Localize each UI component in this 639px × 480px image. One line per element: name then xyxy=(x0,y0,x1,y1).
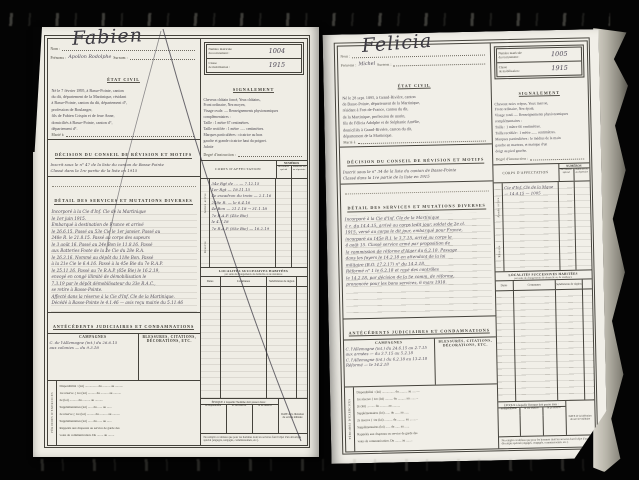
degre-ruled-line xyxy=(238,152,301,157)
subdivision-column xyxy=(266,287,296,399)
epoque-table: ÉPOQUE à laquelle l'homme doit passer da… xyxy=(201,398,307,433)
register-page-left-fabien: Fabien Nom : Prénoms : Apollon Rodolphe … xyxy=(33,27,319,457)
form-right-column: Numéro matricule du recrutement : 1005 C… xyxy=(490,41,594,448)
antecedents-section: ANTÉCÉDENTS JUDICIAIRES ET CONDAMNATIONS xyxy=(48,312,200,333)
deuxieme-reserve-column-header: la 2e réserve xyxy=(252,405,278,413)
registrant-name-script: Fabien xyxy=(71,24,143,50)
etat-civil-text: Né le 28 sept. 1895, à Grand-Rivière, ca… xyxy=(338,91,491,140)
services-section: DÉTAIL DES SERVICES ET MUTATIONS DIVERSE… xyxy=(340,192,495,318)
campagnes-entries: C. de l'Allemagne (int.) du 26.6.15 aux … xyxy=(50,340,137,351)
decision-title: DÉCISION DU CONSEIL DE RÉVISION ET MOTIF… xyxy=(347,157,484,166)
prenoms-label: Prénoms : xyxy=(51,56,67,60)
epoque-footnote: Ne remplir ce tableau que pour les homme… xyxy=(201,433,307,444)
register-page-right-felicia: Felicia Nom : Prénoms : Michel Surnom : … xyxy=(323,29,608,464)
campagnes-title: CAMPAGNES xyxy=(50,335,137,339)
localites-title-block: LOCALITÉS SUCCESSIVES HABITÉES par suite… xyxy=(201,268,307,276)
dates-column-header: Dates xyxy=(495,281,512,290)
disponibilite-column-header: la disponibilité xyxy=(201,405,226,413)
campagnes-table: CAMPAGNES C. de l'Allemagne (int.) du 26… xyxy=(48,333,200,380)
armee-active-label: Armée active xyxy=(203,193,207,213)
localites-table: LOCALITÉS SUCCESSIVES HABITÉES par suite… xyxy=(201,267,307,399)
corps-affectation-table: CORPS D'AFFECTATION NUMÉROS du contrôle … xyxy=(493,162,591,271)
corps-table-header: CORPS D'AFFECTATION NUMÉROS du contrôle … xyxy=(201,161,307,179)
periodes-side: PÉRIODES D'EXERCICES xyxy=(48,381,57,445)
marie-ruled-line xyxy=(66,132,194,137)
prenoms-line: Prénoms : Apollon Rodolphe Surnom : xyxy=(51,55,197,60)
degre-ruled-line xyxy=(530,154,584,160)
subdivision-column xyxy=(555,289,584,400)
subdivision-column-header: Subdivision de région xyxy=(266,277,296,286)
numeros-header: NUMÉROS du contrôle spécial matricule ou… xyxy=(276,161,307,178)
numeros-sub1: du contrôle spécial xyxy=(559,168,574,180)
periodes-vertical-label: PÉRIODES D'EXERCICES xyxy=(50,392,54,433)
nom-label: Nom : xyxy=(340,54,350,58)
localites-table-body xyxy=(201,287,307,399)
matricule-label-2: du recrutement : xyxy=(209,51,230,55)
matricule-label-2: du recrutement : xyxy=(499,55,520,59)
blessures-title: BLESSURES, CITATIONS, DÉCORATIONS, ETC. xyxy=(437,338,494,347)
decision-line-2: Classé dans la 1re partie de la liste en… xyxy=(51,168,197,174)
scan-dust-bottom xyxy=(28,459,598,471)
numeros-subheaders: du contrôle spécial matricule ou au répe… xyxy=(277,166,307,178)
matricule-row: Numéro matricule du recrutement : 1004 xyxy=(207,45,301,58)
disponibilite-cell xyxy=(498,416,520,436)
subdivision-column-header: Subdivision de région xyxy=(555,279,582,289)
matricule-label: Numéro matricule du recrutement : xyxy=(209,47,256,55)
matricule-box: Numéro matricule du recrutement : 1004 C… xyxy=(204,42,304,75)
classe-value: 1915 xyxy=(255,61,298,69)
signalement-text: Cheveux châtain foncé, Yeux châtains, Fr… xyxy=(201,97,307,151)
classe-value: 1915 xyxy=(540,64,579,73)
scan-dust-top xyxy=(0,13,610,26)
degre-instruction-line: Degré d'instruction : xyxy=(201,151,307,160)
services-title: DÉTAIL DES SERVICES ET MUTATIONS DIVERSE… xyxy=(54,198,192,205)
disponibilite-cell xyxy=(201,413,226,433)
epoque-main: ÉPOQUE à laquelle l'homme doit passer da… xyxy=(498,401,566,436)
communes-column xyxy=(220,287,267,399)
classe-label-2: de mobilisation : xyxy=(499,69,521,73)
decision-title: DÉCISION DU CONSEIL DE RÉVISION ET MOTIF… xyxy=(55,152,192,159)
corps-table-body: Armée active Réserve 34e Rgt de … — 7.12… xyxy=(201,179,307,267)
deuxieme-reserve-cell xyxy=(252,413,278,433)
marie-label: Marié à xyxy=(343,141,355,145)
localites-table: LOCALITÉS SUCCESSIVES HABITÉES par suite… xyxy=(495,269,594,402)
periodes-exercices-box: PÉRIODES D'EXERCICES Disponibilité : (lo… xyxy=(344,383,497,451)
premiere-reserve-cell xyxy=(226,413,252,433)
form-inner-border: Fabien Nom : Prénoms : Apollon Rodolphe … xyxy=(47,38,308,446)
corps-entries: Cie d'Inf. Cle de la Mque — 14.4.15 — 10… xyxy=(502,182,559,271)
identity-header: Fabien Nom : Prénoms : Apollon Rodolphe … xyxy=(48,39,200,66)
numeros-sub2: matricule ou au répertoire xyxy=(573,168,589,180)
armee-active-label: Armée active xyxy=(495,197,499,217)
reserves-rows: Disponibilité : (loi) ................ d… xyxy=(57,381,200,445)
corps-title: CORPS D'AFFECTATION xyxy=(201,161,276,178)
narrow-column-header xyxy=(582,279,592,288)
epoque-table: ÉPOQUE à laquelle l'homme doit passer da… xyxy=(498,400,595,437)
services-title: DÉTAIL DES SERVICES ET MUTATIONS DIVERSE… xyxy=(347,203,485,212)
classe-label-2: de mobilisation : xyxy=(209,65,230,69)
periodes-vertical-label: PÉRIODES D'EXERCICES xyxy=(347,398,352,439)
marie-label: Marié à xyxy=(52,133,64,137)
form-left-column: Fabien Nom : Prénoms : Apollon Rodolphe … xyxy=(48,39,201,445)
reserve-label: Réserve xyxy=(496,245,500,257)
epoque-body-row xyxy=(498,415,565,436)
deuxieme-reserve-cell xyxy=(542,415,565,435)
prenoms-label: Prénoms : xyxy=(341,63,357,67)
localites-column-headers: Dates Communes Subdivision de région xyxy=(201,276,307,287)
narrow-column xyxy=(296,287,307,399)
marie-line: Marié à xyxy=(48,132,200,139)
blank-ruled-line xyxy=(52,177,196,187)
form-border: Fabien Nom : Prénoms : Apollon Rodolphe … xyxy=(44,35,310,448)
dates-column xyxy=(201,287,220,399)
signalement-section: SIGNALEMENT xyxy=(201,76,307,97)
form-border: Felicia Nom : Prénoms : Michel Surnom : … xyxy=(334,37,599,454)
matricule-repertoire-column xyxy=(573,181,591,269)
form-left-column: Felicia Nom : Prénoms : Michel Surnom : … xyxy=(337,43,498,451)
decision-conseil-section: DÉCISION DU CONSEIL DE RÉVISION ET MOTIF… xyxy=(48,139,200,177)
narrow-column-header xyxy=(296,277,307,286)
corps-table-header: CORPS D'AFFECTATION NUMÉROS du contrôle … xyxy=(493,163,589,183)
dates-column-header: Dates xyxy=(201,277,220,286)
matricule-value: 1004 xyxy=(255,47,298,55)
etat-civil-section: ÉTAT CIVIL xyxy=(48,66,200,87)
signalement-title: SIGNALEMENT xyxy=(519,89,560,96)
signalement-text: Cheveux noirs crépus, Yeux marron, Front… xyxy=(491,99,588,155)
controle-special-column xyxy=(557,181,575,269)
corps-title: CORPS D'AFFECTATION xyxy=(493,164,558,182)
identity-header: Felicia Nom : Prénoms : Michel Surnom : xyxy=(337,43,490,73)
prenoms-value: Michel xyxy=(358,61,375,66)
surnom-label: Surnom : xyxy=(113,56,127,60)
reserve-label: Réserve xyxy=(203,241,207,253)
campagnes-entries: C. l'Allemagne (int.) du 24.6.15 au 2.7.… xyxy=(346,344,433,368)
premiere-reserve-cell xyxy=(520,416,543,436)
services-section: DÉTAIL DES SERVICES ET MUTATIONS DIVERSE… xyxy=(48,187,200,311)
surnom-label: Surnom : xyxy=(377,62,392,66)
localites-table-body xyxy=(495,289,593,402)
form-inner-border: Felicia Nom : Prénoms : Michel Surnom : … xyxy=(336,40,595,452)
numeros-header: NUMÉROS du contrôle spécial matricule ou… xyxy=(558,163,589,181)
classe-label: Classe de mobilisation : xyxy=(499,64,541,73)
reserves-rows: Disponibilité : (loi) ................ d… xyxy=(353,384,497,451)
matricule-box-inner: Numéro matricule du recrutement : 1004 C… xyxy=(206,44,302,73)
prenoms-value: Apollon Rodolphe xyxy=(68,55,111,60)
antecedents-title: ANTÉCÉDENTS JUDICIAIRES ET CONDAMNATIONS xyxy=(53,324,194,331)
epoque-body-row xyxy=(201,413,278,433)
surnom-ruled-line xyxy=(130,55,195,60)
campagnes-cell: CAMPAGNES C. de l'Allemagne (int.) du 26… xyxy=(48,334,140,380)
numeros-subheaders: du contrôle spécial matricule ou au répe… xyxy=(559,168,589,181)
classe-label: Classe de mobilisation : xyxy=(209,61,256,69)
premiere-reserve-column-header: la 1re réserve xyxy=(226,405,252,413)
degre-label: Degré d'instruction : xyxy=(204,153,237,157)
corps-entries: 34e Rgt de … — 7.12.15 1er Rgt — 18.11.1… xyxy=(210,179,275,267)
blessures-cell: BLESSURES, CITATIONS, DÉCORATIONS, ETC. xyxy=(139,334,199,380)
etat-civil-title: ÉTAT CIVIL xyxy=(398,82,431,89)
communes-column-header: Communes xyxy=(220,277,267,286)
date-liberation-column: DATE de la libération du service militai… xyxy=(278,399,307,433)
blessures-cell: BLESSURES, CITATIONS, DÉCORATIONS, ETC. xyxy=(435,337,496,384)
epoque-footnote: Ne remplir ce tableau que pour les homme… xyxy=(498,435,594,448)
blessures-title: BLESSURES, CITATIONS, DÉCORATIONS, ETC. xyxy=(141,335,197,343)
matricule-value: 1005 xyxy=(540,50,579,59)
degre-label: Degré d'instruction : xyxy=(496,156,529,161)
date-liberation-column: DATE de la libération du service militai… xyxy=(565,401,595,436)
corps-table-body: Armée active Réserve Cie d'Inf. Cle de l… xyxy=(493,181,591,271)
decision-conseil-section: DÉCISION DU CONSEIL DE RÉVISION ET MOTIF… xyxy=(339,144,492,185)
prenoms-line: Prénoms : Michel Surnom : xyxy=(341,59,487,67)
corps-affectation-table: CORPS D'AFFECTATION NUMÉROS du contrôle … xyxy=(201,160,307,267)
classe-row: Classe de mobilisation : 1915 xyxy=(497,60,581,76)
etat-civil-title: ÉTAT CIVIL xyxy=(107,77,140,84)
numeros-sub2: matricule ou au répertoire xyxy=(291,166,307,178)
surnom-ruled-line xyxy=(394,59,485,66)
classe-row: Classe de mobilisation : 1915 xyxy=(207,58,301,72)
etat-civil-text: Né le 7 février 1895, à Basse-Pointe, ca… xyxy=(48,87,200,133)
antecedents-title: ANTÉCÉDENTS JUDICIAIRES ET CONDAMNATIONS xyxy=(349,327,490,336)
form-right-column: Numéro matricule du recrutement : 1004 C… xyxy=(201,39,307,445)
signalement-title: SIGNALEMENT xyxy=(233,87,274,94)
services-handwritten-text: Incorporé à la Cie d'Inf. Cle de la Mart… xyxy=(344,213,492,318)
narrow-column xyxy=(582,289,594,400)
corps-side-labels: Armée active Réserve xyxy=(201,179,210,267)
registrant-name-script: Felicia xyxy=(361,29,433,56)
matricule-label: Numéro matricule du recrutement : xyxy=(498,50,540,59)
campagnes-cell: CAMPAGNES C. l'Allemagne (int.) du 24.6.… xyxy=(343,338,436,386)
campagnes-table: CAMPAGNES C. l'Allemagne (int.) du 24.6.… xyxy=(343,336,496,386)
periodes-exercices-box: PÉRIODES D'EXERCICES Disponibilité : (lo… xyxy=(48,380,200,445)
numeros-sub1: du contrôle spécial xyxy=(277,166,292,178)
controle-special-column xyxy=(275,179,291,267)
scanned-register-spread: Fabien Nom : Prénoms : Apollon Rodolphe … xyxy=(0,0,639,480)
nom-label: Nom : xyxy=(51,47,61,51)
signalement-section: SIGNALEMENT xyxy=(491,78,587,101)
services-handwritten-text: Incorporé à la Cie d'Inf. Cle de la Mart… xyxy=(51,208,197,311)
communes-column-header: Communes xyxy=(512,280,554,290)
matricule-box-inner: Numéro matricule du recrutement : 1005 C… xyxy=(495,46,582,77)
epoque-main: ÉPOQUE à laquelle l'homme doit passer da… xyxy=(201,399,278,433)
epoque-column-headers: la disponibilité la 1re réserve la 2e ré… xyxy=(201,404,278,413)
matricule-box: Numéro matricule du recrutement : 1005 C… xyxy=(493,44,584,79)
communes-column xyxy=(513,290,558,401)
matricule-repertoire-column xyxy=(291,179,307,267)
